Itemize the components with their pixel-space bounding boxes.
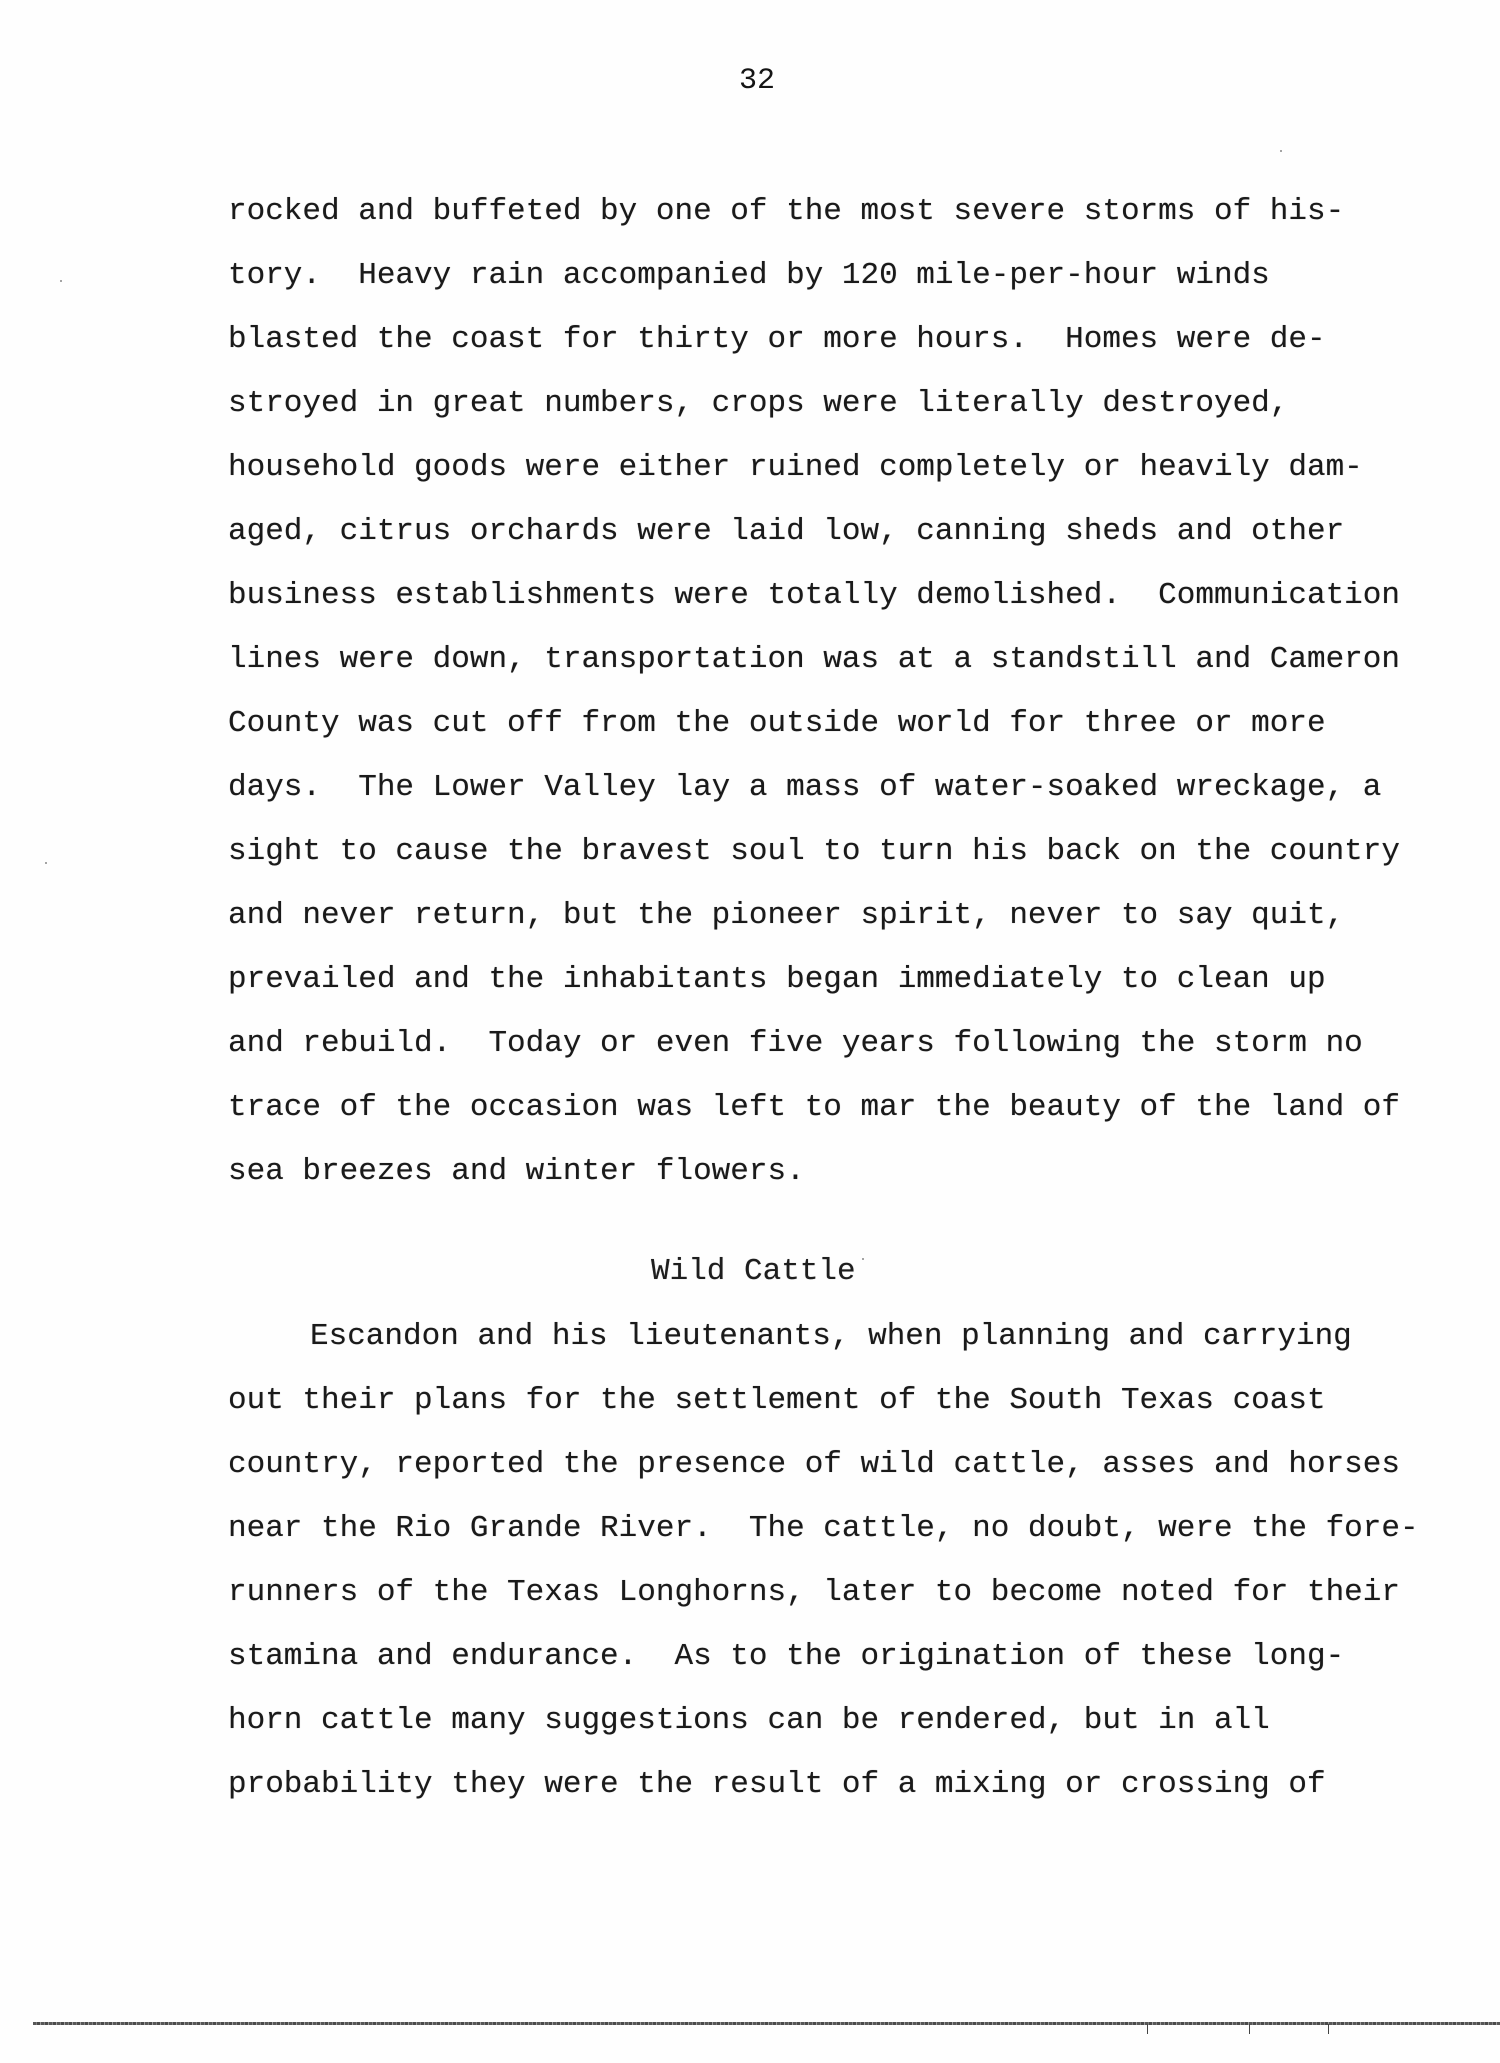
text-line: horn cattle many suggestions can be rend… [228, 1703, 1270, 1739]
scan-speck [1280, 150, 1282, 152]
text-line: sea breezes and winter flowers. [228, 1154, 805, 1190]
text-line: runners of the Texas Longhorns, later to… [228, 1575, 1400, 1611]
scan-speck [45, 862, 47, 864]
text-line: rocked and buffeted by one of the most s… [228, 194, 1344, 230]
text-line: sight to cause the bravest soul to turn … [228, 834, 1400, 870]
text-line: tory. Heavy rain accompanied by 120 mile… [228, 258, 1270, 294]
text-line: aged, citrus orchards were laid low, can… [228, 514, 1344, 550]
text-line: business establishments were totally dem… [228, 578, 1400, 614]
scan-speck [862, 1258, 864, 1260]
text-line: County was cut off from the outside worl… [228, 706, 1326, 742]
text-line: probability they were the result of a mi… [228, 1767, 1326, 1803]
text-line: and rebuild. Today or even five years fo… [228, 1026, 1363, 1062]
page-number: 32 [735, 64, 779, 98]
text-line: out their plans for the settlement of th… [228, 1383, 1326, 1419]
text-line: days. The Lower Valley lay a mass of wat… [228, 770, 1381, 806]
bottom-page-rule [33, 2022, 1500, 2025]
text-line: and never return, but the pioneer spirit… [228, 898, 1344, 934]
rule-tick [1328, 2024, 1329, 2034]
section-heading: Wild Cattle [651, 1254, 856, 1290]
text-line: trace of the occasion was left to mar th… [228, 1090, 1400, 1126]
text-line: near the Rio Grande River. The cattle, n… [228, 1511, 1419, 1547]
text-line: household goods were either ruined compl… [228, 450, 1363, 486]
text-line: stamina and endurance. As to the origina… [228, 1639, 1344, 1675]
text-line: prevailed and the inhabitants began imme… [228, 962, 1326, 998]
text-line: country, reported the presence of wild c… [228, 1447, 1400, 1483]
text-line: stroyed in great numbers, crops were lit… [228, 386, 1288, 422]
text-line: blasted the coast for thirty or more hou… [228, 322, 1326, 358]
rule-tick [1147, 2024, 1148, 2034]
text-line: Escandon and his lieutenants, when plann… [310, 1319, 1352, 1355]
text-line: lines were down, transportation was at a… [228, 642, 1400, 678]
typewritten-page: 32 rocked and buffeted by one of the mos… [0, 0, 1500, 2063]
scan-speck [60, 280, 62, 282]
rule-tick [1249, 2024, 1250, 2034]
